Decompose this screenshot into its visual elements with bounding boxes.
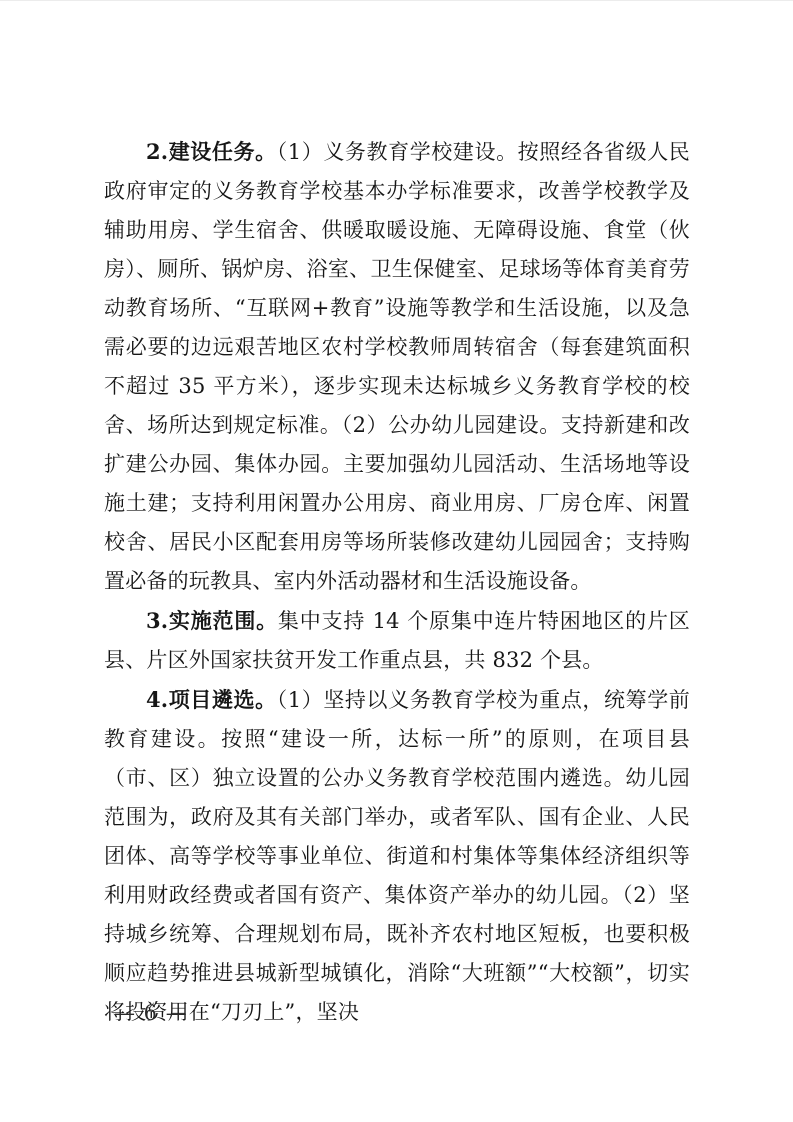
paragraph-implementation-scope-lead: 3.实施范围。 [146,608,278,633]
paragraph-construction-tasks: 2.建设任务。（1）义务教育学校建设。按照经各省级人民政府审定的义务教育学校基本… [104,132,690,601]
paragraph-construction-tasks-body: （1）义务教育学校建设。按照经各省级人民政府审定的义务教育学校基本办学标准要求，… [104,140,690,593]
paragraph-construction-tasks-lead: 2.建设任务。 [146,139,277,164]
document-body: 2.建设任务。（1）义务教育学校建设。按照经各省级人民政府审定的义务教育学校基本… [104,132,690,1032]
paragraph-project-selection-body: （1）坚持以义务教育学校为重点，统筹学前教育建设。按照“建设一所，达标一所”的原… [104,688,690,1024]
paragraph-project-selection-lead: 4.项目遴选。 [146,687,277,712]
paragraph-project-selection: 4.项目遴选。（1）坚持以义务教育学校为重点，统筹学前教育建设。按照“建设一所，… [104,680,690,1032]
page-number: — 6 — [114,1001,188,1025]
page-footer: — 6 — [114,1000,188,1026]
paragraph-implementation-scope: 3.实施范围。集中支持 14 个原集中连片特困地区的片区县、片区外国家扶贫开发工… [104,601,690,680]
document-page: 2.建设任务。（1）义务教育学校建设。按照经各省级人民政府审定的义务教育学校基本… [0,0,793,1122]
